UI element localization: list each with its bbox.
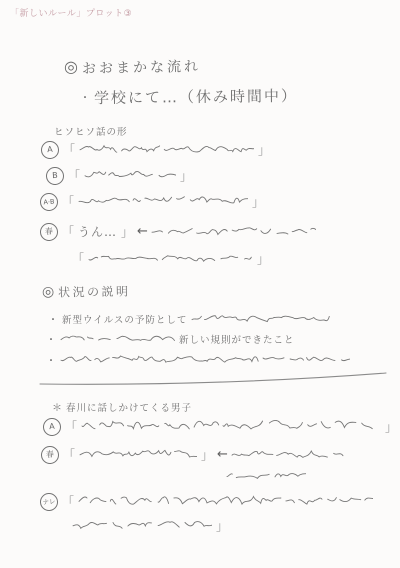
situation-bullet-1: ・ 新型ウイルスの予防として: [48, 309, 331, 328]
quote-close: 」: [216, 517, 228, 534]
illegible-handwriting: [81, 417, 381, 436]
dialogue-line-haru: 春 「 うん… 」 ←: [40, 222, 316, 241]
quote-open: 「: [63, 446, 75, 463]
notebook-page: 「新しいルール」プロット③ ◎ おおまかな流れ ・ 学校にて…（休み時間中） ヒ…: [0, 0, 400, 568]
speaker-badge-a: A: [40, 140, 59, 159]
quote-close: 」: [258, 141, 270, 158]
approach-dialogue-haru: 春 「 」 ←: [41, 445, 351, 464]
dialogue-line-ab: A·B 「 」: [40, 192, 264, 211]
scene-line: ・ 学校にて…（休み時間中）: [80, 86, 298, 107]
illegible-handwriting: [72, 516, 212, 535]
speaker-badge-haru: 春: [40, 445, 59, 464]
situation-bullet-2: ・ 新しい規則ができたこと: [46, 329, 295, 348]
speaker-badge-ab: A·B: [39, 192, 58, 211]
approach-label-text: 春川に話しかけてくる男子: [66, 400, 192, 414]
quote-open: 「: [65, 418, 77, 435]
speaker-badge-haru: 春: [39, 222, 58, 241]
quote-open: 「: [62, 223, 74, 240]
illegible-handwriting: [60, 329, 175, 348]
annotation-line-2: [226, 466, 306, 485]
quote-close: 」: [180, 167, 192, 184]
quote-close: 」: [385, 418, 397, 435]
situation-heading-text: 状況の説明: [58, 282, 131, 300]
quote-open: 「: [72, 250, 84, 267]
haru-reply-text: うん…: [78, 223, 117, 240]
quote-open: 「: [62, 193, 74, 210]
illegible-handwriting: [191, 309, 331, 328]
left-arrow: ←: [137, 224, 147, 239]
illegible-handwriting: [78, 192, 248, 211]
bullet-dot: ・: [46, 352, 56, 367]
whisper-label: ヒソヒソ話の形: [54, 124, 128, 138]
situation-bullet-3: ・: [46, 350, 350, 369]
narration-line-2: 」: [72, 516, 228, 535]
double-circle-mark: ◎: [64, 59, 78, 75]
scene-text: 学校にて…（休み時間中）: [94, 85, 298, 108]
approach-label-line: ＊ 春川に話しかけてくる男子: [52, 399, 192, 414]
illegible-handwriting: [226, 466, 306, 485]
illegible-handwriting: [151, 222, 316, 241]
hand-drawn-divider: [38, 370, 390, 388]
quote-open: 「: [62, 493, 74, 510]
dialogue-followup: 「 」: [72, 249, 269, 268]
asterisk-mark: ＊: [52, 399, 62, 414]
page-title: 「新しいルール」プロット③: [10, 6, 132, 19]
situation-bullet2-text: 新しい規則ができたこと: [179, 332, 295, 346]
bullet-dot: ・: [46, 331, 56, 346]
illegible-handwriting: [78, 492, 373, 511]
bullet-dot: ・: [48, 311, 58, 326]
dialogue-line-b: B 「 」: [46, 166, 192, 185]
quote-close: 」: [252, 193, 264, 210]
dialogue-line-a: A 「 」: [41, 140, 270, 159]
quote-open: 「: [68, 167, 80, 184]
quote-close: 」: [121, 223, 133, 240]
quote-close: 」: [257, 250, 269, 267]
approach-dialogue-a: A 「 」: [43, 417, 397, 436]
speaker-badge-narration: ナレ: [39, 492, 58, 511]
flow-heading-text: おおまかな流れ: [82, 56, 201, 78]
illegible-handwriting: [88, 249, 253, 268]
illegible-handwriting: [60, 350, 350, 369]
situation-bullet1-text: 新型ウイルスの予防として: [62, 312, 187, 326]
illegible-handwriting: [84, 166, 176, 185]
situation-section-heading: ◎ 状況の説明: [42, 283, 131, 300]
speaker-badge-b: B: [45, 166, 64, 185]
double-circle-mark: ◎: [42, 285, 54, 299]
speaker-badge-a: A: [42, 417, 61, 436]
illegible-handwriting: [79, 140, 254, 159]
flow-section-heading: ◎ おおまかな流れ: [64, 57, 201, 77]
left-arrow: ←: [217, 447, 227, 462]
quote-open: 「: [63, 141, 75, 158]
illegible-handwriting: [231, 445, 351, 464]
illegible-handwriting: [79, 445, 197, 464]
bullet-dot: ・: [80, 89, 90, 104]
narration-line: ナレ 「: [40, 492, 373, 511]
quote-close: 」: [201, 446, 213, 463]
